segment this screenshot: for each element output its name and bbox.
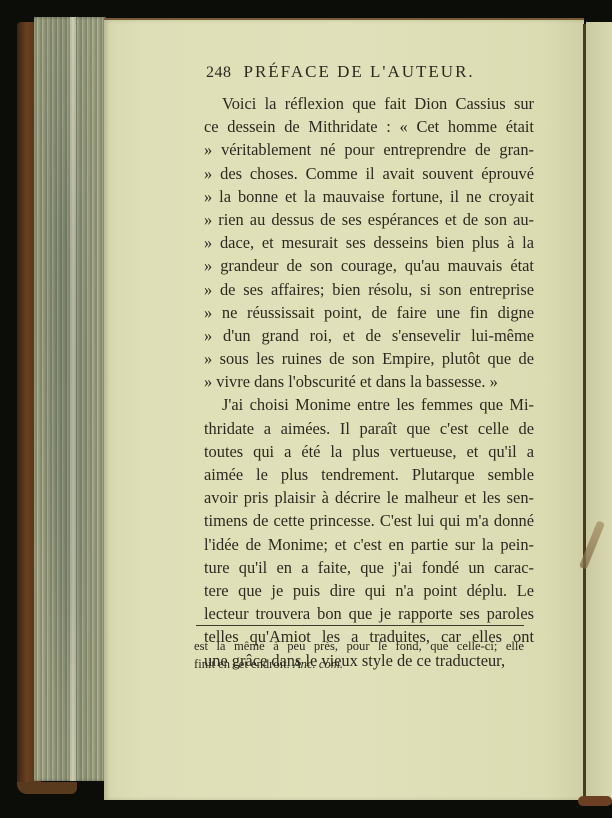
text-line: » véritablement né pour entreprendre de … (196, 138, 534, 161)
text-line: timens de cette princesse. C'est lui qui… (196, 509, 534, 532)
page-text: 248 PRÉFACE DE L'AUTEUR. Voici la réflex… (196, 62, 534, 672)
footnote-text: finit en cet endroit. (194, 657, 293, 671)
footnote-attribution: Anc. com. (293, 657, 343, 671)
text-line: thridate a aimées. Il paraît que c'est c… (196, 417, 534, 440)
text-line: » grandeur de son courage, qu'au mauvais… (196, 254, 534, 277)
page-number: 248 (206, 64, 232, 82)
text-line: » des choses. Comme il avait souvent épr… (196, 162, 534, 185)
body-text: Voici la réflexion que fait Dion Cassius… (196, 92, 534, 672)
footnote-line: finit en cet endroit. Anc. com. (194, 655, 524, 673)
text-line: » d'un grand roi, et de s'ensevelir lui-… (196, 324, 534, 347)
cover-corner-right (578, 796, 612, 806)
footnote-line: est la même à peu près, pour le fond, qu… (194, 637, 524, 655)
text-line: toutes qui a été la plus vertueuse, et q… (196, 440, 534, 463)
text-line: » ne réussissait point, de faire une fin… (196, 301, 534, 324)
text-line: l'idée de Monime; et c'est en partie sur… (196, 533, 534, 556)
text-line: » rien au dessus de ses espérances et de… (196, 208, 534, 231)
cover-corner (17, 782, 77, 794)
text-line: » dace, et mesurait ses desseins bien pl… (196, 231, 534, 254)
text-line: tere que je puis dire qui n'a point dépl… (196, 579, 534, 602)
text-line: avoir pris plaisir à décrire le malheur … (196, 486, 534, 509)
footnote: est la même à peu près, pour le fond, qu… (194, 637, 524, 673)
footnote-rule (196, 625, 524, 626)
right-page-edge (586, 22, 612, 800)
text-line: » de ses affaires; bien résolu, si son e… (196, 278, 534, 301)
text-line: » vivre dans l'obscurité et dans la bass… (196, 370, 534, 393)
running-title: PRÉFACE DE L'AUTEUR. (244, 62, 475, 82)
text-line: lecteur trouvera bon que je rapporte ses… (196, 602, 534, 625)
text-line: ce dessein de Mithridate : « Cet homme é… (196, 115, 534, 138)
text-line: ture qu'il en a faite, que j'ai fondé un… (196, 556, 534, 579)
page-edges (34, 17, 106, 781)
text-line: Voici la réflexion que fait Dion Cassius… (196, 92, 534, 115)
text-line: » la bonne et la mauvaise fortune, il ne… (196, 185, 534, 208)
running-head: 248 PRÉFACE DE L'AUTEUR. (206, 62, 534, 92)
text-line: » sous les ruines de son Empire, plutôt … (196, 347, 534, 370)
text-line: J'ai choisi Monime entre les femmes que … (196, 393, 534, 416)
text-line: aimée le plus tendrement. Plutarque semb… (196, 463, 534, 486)
book-scan: 248 PRÉFACE DE L'AUTEUR. Voici la réflex… (0, 0, 612, 818)
